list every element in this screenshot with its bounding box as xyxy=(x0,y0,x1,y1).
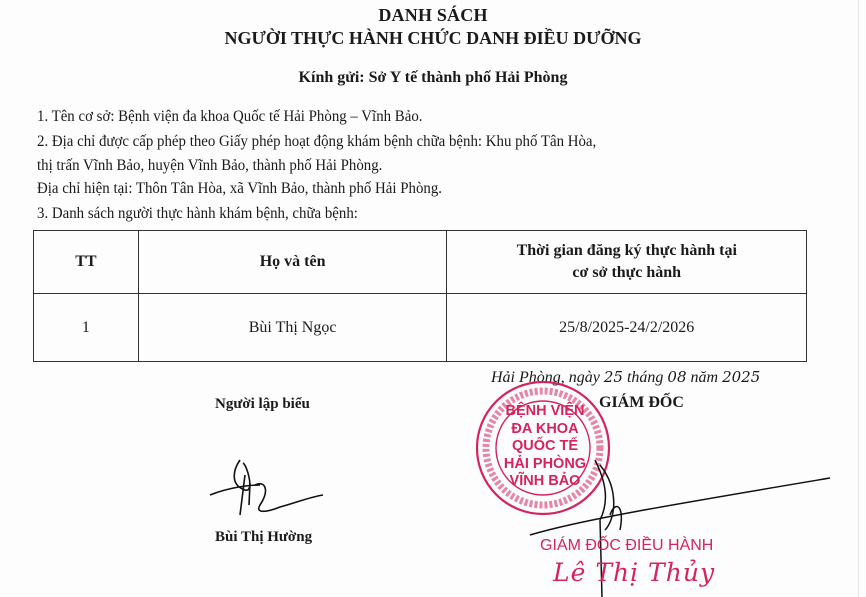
cell-period: 25/8/2025-24/2/2026 xyxy=(447,294,807,362)
stamp-line: ĐA KHOA xyxy=(470,421,620,439)
director-name-stamp: Lê Thị Thủy xyxy=(553,558,715,587)
document-page: DANH SÁCH NGƯỜI THỰC HÀNH CHỨC DANH ĐIỀU… xyxy=(0,0,866,597)
director-role-stamp: GIÁM ĐỐC ĐIỀU HÀNH xyxy=(540,537,713,555)
cell-tt: 1 xyxy=(34,294,139,362)
preparer-signature xyxy=(205,455,325,525)
date-year: 2025 xyxy=(722,368,760,386)
stamp-line: BỆNH VIỆN xyxy=(470,403,620,421)
date-year-label: năm xyxy=(687,369,723,386)
licensed-address-cont: thị trấn Vĩnh Bảo, huyện Vĩnh Bảo, thành… xyxy=(37,157,382,175)
date-month: 08 xyxy=(667,368,686,386)
preparer-name: Bùi Thị Hường xyxy=(215,529,312,546)
facility-name: 1. Tên cơ sở: Bệnh viện đa khoa Quốc tế … xyxy=(37,108,422,126)
date-month-label: tháng xyxy=(623,369,667,386)
header-period-line2: cơ sở thực hành xyxy=(572,264,681,281)
preparer-title: Người lập biểu xyxy=(215,396,310,413)
cell-name: Bùi Thị Ngọc xyxy=(138,294,447,362)
list-heading: 3. Danh sách người thực hành khám bệnh, … xyxy=(37,205,358,223)
practitioner-table: TT Họ và tên Thời gian đăng ký thực hành… xyxy=(33,230,807,362)
scan-edge xyxy=(858,0,859,597)
header-name: Họ và tên xyxy=(138,231,447,294)
licensed-address: 2. Địa chỉ được cấp phép theo Giấy phép … xyxy=(37,133,596,151)
table-row: 1 Bùi Thị Ngọc 25/8/2025-24/2/2026 xyxy=(34,294,807,362)
header-tt: TT xyxy=(34,231,139,294)
stamp-line: QUỐC TẾ xyxy=(470,438,620,456)
doc-subtitle: NGƯỜI THỰC HÀNH CHỨC DANH ĐIỀU DƯỠNG xyxy=(0,28,866,49)
recipient: Kính gửi: Sở Y tế thành phố Hải Phòng xyxy=(0,69,866,87)
header-period-line1: Thời gian đăng ký thực hành tại xyxy=(517,242,737,259)
current-address: Địa chỉ hiện tại: Thôn Tân Hòa, xã Vĩnh … xyxy=(37,180,442,198)
doc-title: DANH SÁCH xyxy=(0,5,866,26)
header-period: Thời gian đăng ký thực hành tại cơ sở th… xyxy=(447,231,807,294)
director-title: GIÁM ĐỐC xyxy=(599,394,684,412)
table-header-row: TT Họ và tên Thời gian đăng ký thực hành… xyxy=(34,231,807,294)
